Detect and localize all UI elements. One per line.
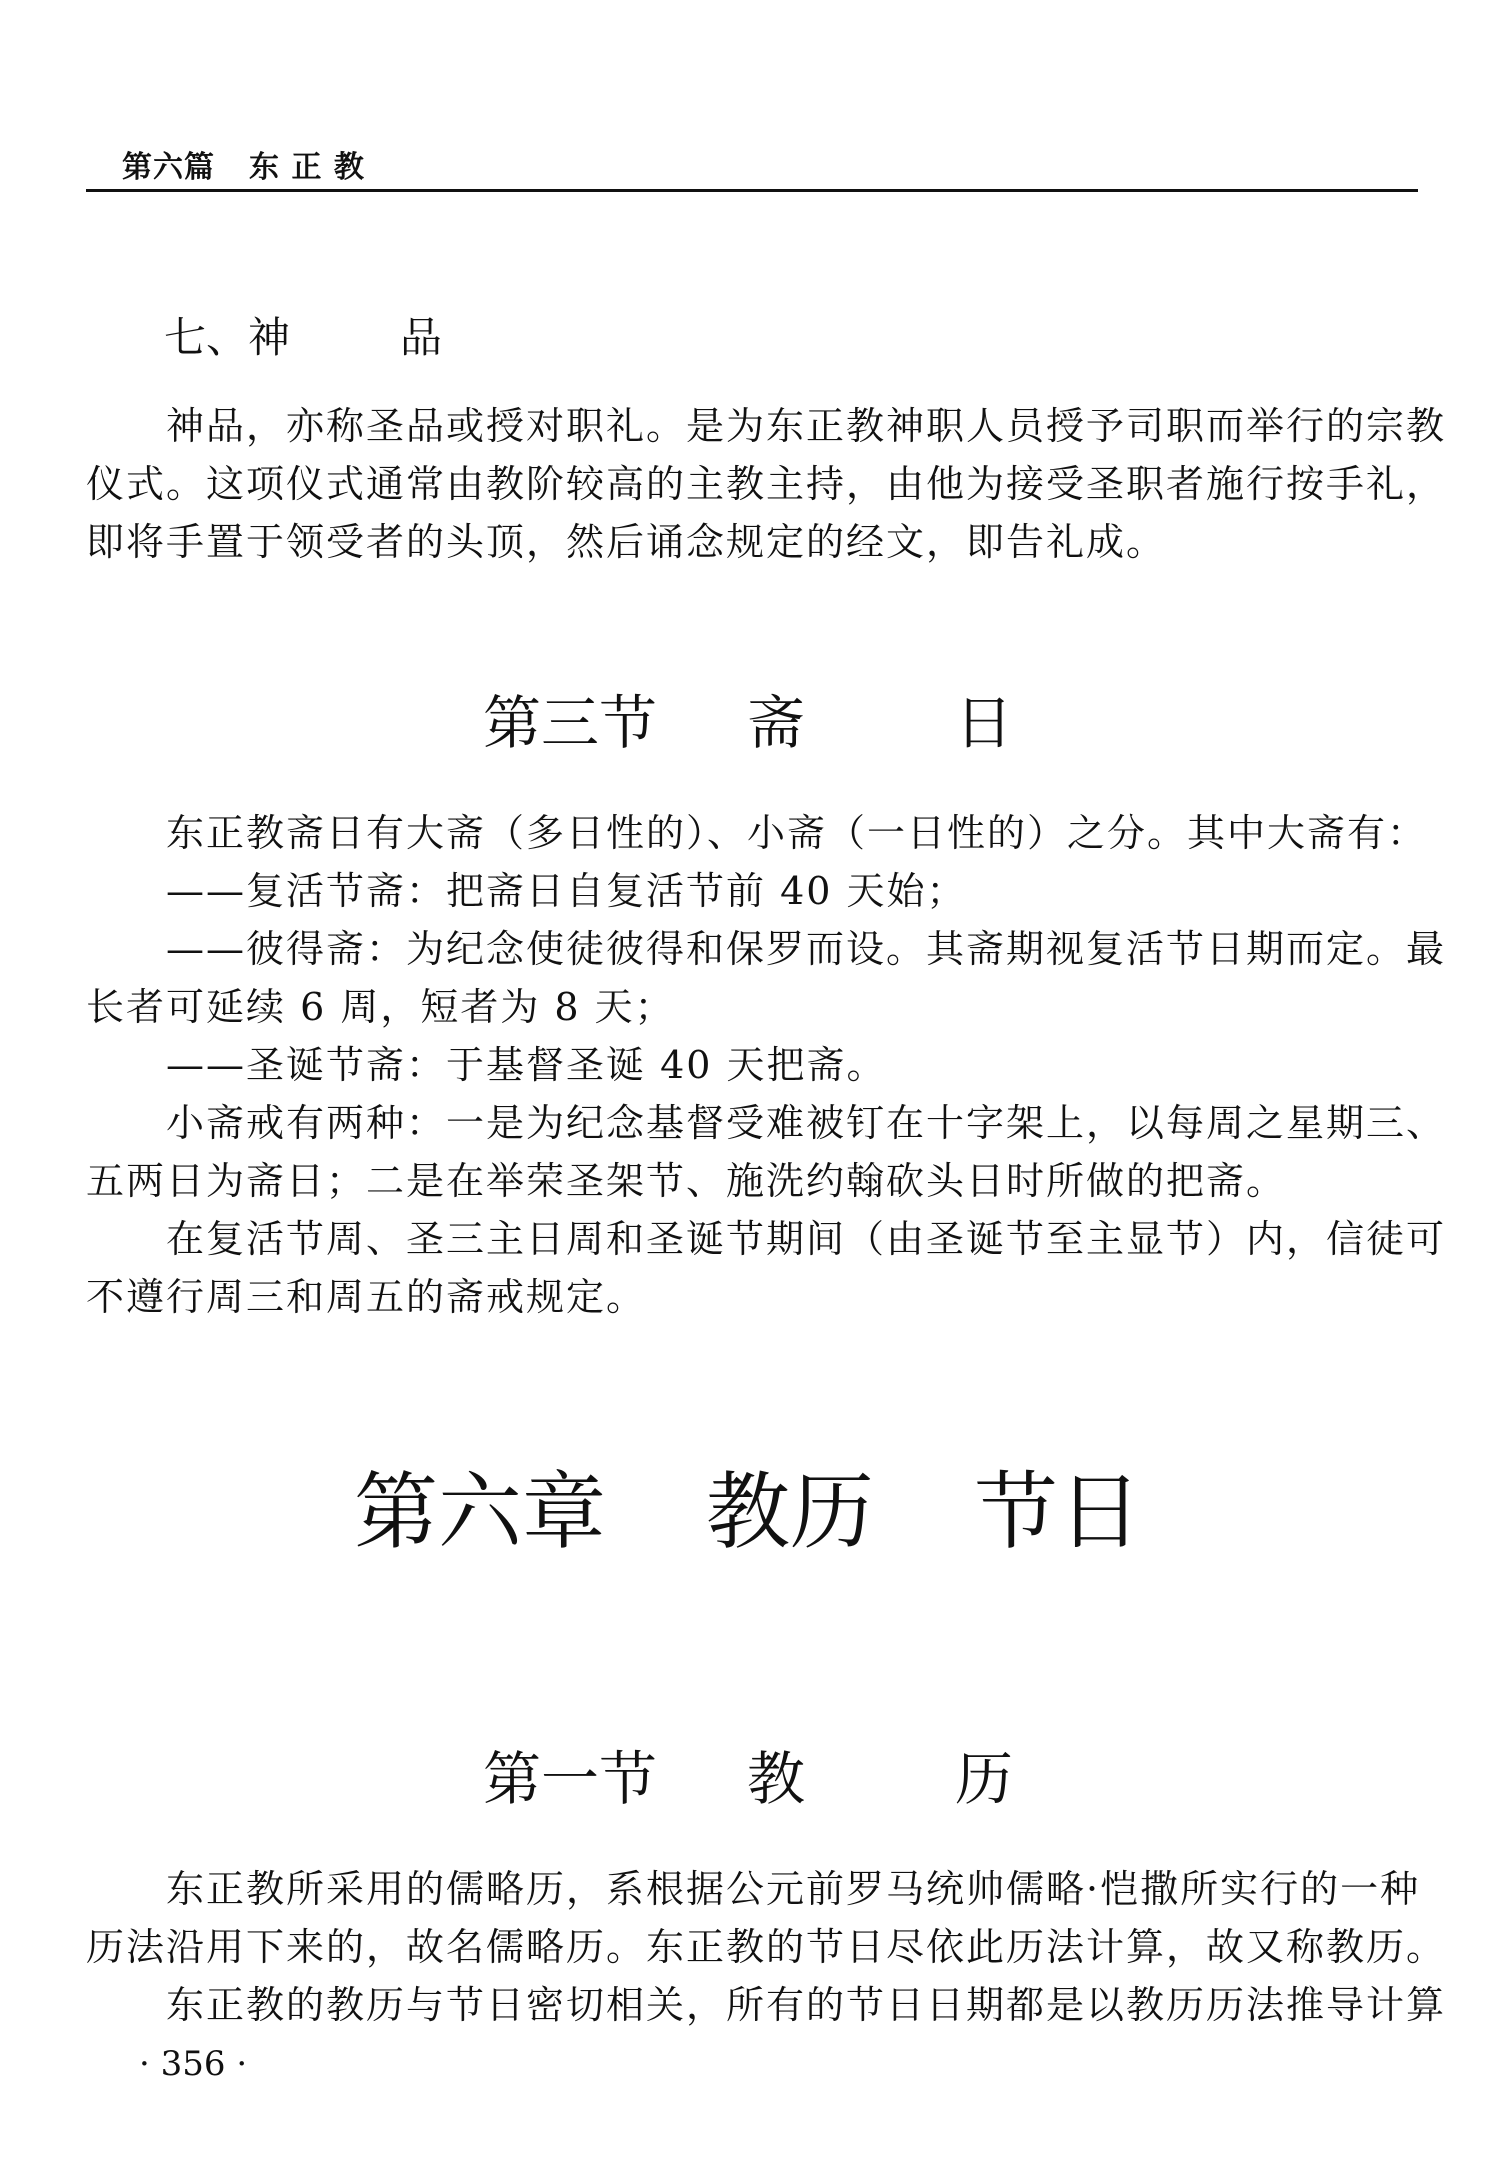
section-title-b: 日 bbox=[955, 689, 1013, 757]
chapter-heading: 第六章教历节日 bbox=[354, 1462, 1142, 1562]
section-title-a: 教 bbox=[747, 1745, 805, 1813]
body-line: 东正教斋日有大斋（多日性的）、小斋（一日性的）之分。其中大斋有： bbox=[86, 804, 1418, 862]
section-body-calendar: 东正教所采用的儒略历，系根据公元前罗马统帅儒略·恺撒所实行的一种 历法沿用下来的… bbox=[86, 1860, 1418, 2034]
subsection-heading: 七、神品 bbox=[164, 314, 442, 362]
page-number: · 356 · bbox=[139, 2044, 247, 2084]
section-title-b: 历 bbox=[955, 1745, 1013, 1813]
body-line: 小斋戒有两种：一是为纪念基督受难被钉在十字架上，以每周之星期三、 bbox=[86, 1094, 1418, 1152]
section-heading-fasting: 第三节斋日 bbox=[483, 688, 1013, 758]
body-line: ——复活节斋：把斋日自复活节前 40 天始； bbox=[86, 862, 1418, 920]
section-body-fasting: 东正教斋日有大斋（多日性的）、小斋（一日性的）之分。其中大斋有： ——复活节斋：… bbox=[86, 804, 1418, 1326]
paragraph-line: 即将手置于领受者的头顶，然后诵念规定的经文，即告礼成。 bbox=[86, 513, 1418, 571]
chapter-title-a: 教历 bbox=[706, 1463, 874, 1561]
body-line: 历法沿用下来的，故名儒略历。东正教的节日尽依此历法计算，故又称教历。 bbox=[86, 1918, 1418, 1976]
subsection-number: 七、神 bbox=[164, 313, 290, 362]
paragraph-line: 神品，亦称圣品或授对职礼。是为东正教神职人员授予司职而举行的宗教 bbox=[86, 397, 1418, 455]
section-number: 第三节 bbox=[483, 689, 657, 757]
section-heading-calendar: 第一节教历 bbox=[483, 1744, 1013, 1814]
body-line: 东正教所采用的儒略历，系根据公元前罗马统帅儒略·恺撒所实行的一种 bbox=[86, 1860, 1418, 1918]
body-line: ——彼得斋：为纪念使徒彼得和保罗而设。其斋期视复活节日期而定。最 bbox=[86, 920, 1418, 978]
running-head-part: 第六篇 bbox=[122, 150, 215, 185]
subsection-title-end: 品 bbox=[400, 313, 442, 362]
running-head: 第六篇东 正 教 bbox=[122, 142, 365, 186]
chapter-number: 第六章 bbox=[354, 1463, 606, 1561]
body-line: ——圣诞节斋：于基督圣诞 40 天把斋。 bbox=[86, 1036, 1418, 1094]
body-line: 东正教的教历与节日密切相关，所有的节日日期都是以教历历法推导计算 bbox=[86, 1976, 1418, 2034]
header-rule bbox=[86, 189, 1418, 192]
body-line: 在复活节周、圣三主日周和圣诞节期间（由圣诞节至主显节）内，信徒可 bbox=[86, 1210, 1418, 1268]
body-line: 不遵行周三和周五的斋戒规定。 bbox=[86, 1268, 1418, 1326]
paragraph-line: 仪式。这项仪式通常由教阶较高的主教主持，由他为接受圣职者施行按手礼， bbox=[86, 455, 1418, 513]
running-head-title: 东 正 教 bbox=[249, 150, 365, 185]
subsection-paragraph: 神品，亦称圣品或授对职礼。是为东正教神职人员授予司职而举行的宗教 仪式。这项仪式… bbox=[86, 397, 1418, 571]
section-title-a: 斋 bbox=[747, 689, 805, 757]
body-line: 长者可延续 6 周，短者为 8 天； bbox=[86, 978, 1418, 1036]
body-line: 五两日为斋日；二是在举荣圣架节、施洗约翰砍头日时所做的把斋。 bbox=[86, 1152, 1418, 1210]
chapter-title-b: 节日 bbox=[974, 1463, 1142, 1561]
section-number: 第一节 bbox=[483, 1745, 657, 1813]
